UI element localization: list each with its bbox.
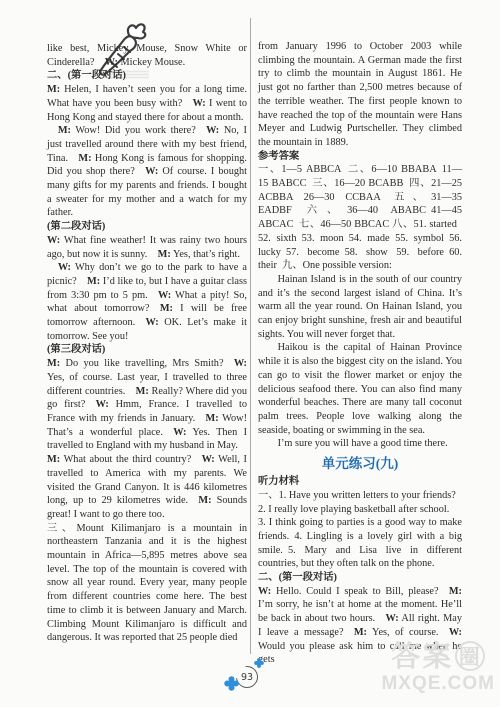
paragraph: from January 1996 to October 2003 while … xyxy=(258,40,462,150)
speaker-label: M: xyxy=(449,586,462,597)
puzzle-piece-icon xyxy=(254,658,264,668)
text-run: Hainan Island is in the south of our cou… xyxy=(258,274,462,340)
speaker-label: M: xyxy=(47,84,60,95)
text-run: 一、1. Have you written letters to your fr… xyxy=(258,490,456,501)
speaker-label: M: xyxy=(58,125,71,136)
speaker-label: M: xyxy=(47,358,60,369)
speaker-label: M: xyxy=(198,495,211,506)
paragraph: I’m sure you will have a good time there… xyxy=(258,437,462,451)
watermark-circled-char: 圈 xyxy=(455,641,485,671)
page-number-badge: 93 xyxy=(227,661,271,697)
paragraph: 一、1. Have you written letters to your fr… xyxy=(258,489,462,503)
section-heading: 二、(第一段对话) xyxy=(47,69,247,83)
speaker-label: W: xyxy=(47,235,60,246)
speaker-label: M: xyxy=(158,249,171,260)
speaker-label: W: xyxy=(386,613,399,624)
paragraph: 2. I really love playing basketball afte… xyxy=(258,503,462,517)
text-run: Wow! Did you work there? xyxy=(71,125,206,136)
speaker-label: W: xyxy=(146,317,159,328)
speaker-label: W: xyxy=(145,166,158,177)
paragraph: M: Helen, I haven’t seen you for a long … xyxy=(47,83,247,124)
section-heading: (第三段对话) xyxy=(47,343,247,357)
text-run: 一、1—5 ABBCA 二、6—10 BBABA 11—15 BABCC 三、1… xyxy=(258,164,462,271)
puzzle-piece-icon xyxy=(224,676,239,691)
speaker-label: W: xyxy=(193,98,206,109)
paragraph: W: Why don’t we go to the park to have a… xyxy=(47,261,247,343)
watermark-logo: 答案圈 xyxy=(381,641,495,673)
unit-title: 单元练习(九) xyxy=(258,453,462,474)
text-run: from January 1996 to October 2003 while … xyxy=(258,41,462,148)
speaker-label: W: xyxy=(173,427,186,438)
section-heading: 二、(第一段对话) xyxy=(258,571,462,585)
text-run: Haikou is the capital of Hainan Province… xyxy=(258,342,462,435)
speaker-label: W: xyxy=(58,262,71,273)
speaker-label: W: xyxy=(449,627,462,638)
speaker-label: M: xyxy=(205,413,218,424)
paragraph: W: What fine weather! It was rainy two h… xyxy=(47,234,247,261)
watermark-site-url: MXQE.COM xyxy=(381,673,495,694)
speaker-label: W: xyxy=(258,586,271,597)
speaker-label: W: xyxy=(202,454,215,465)
text-run: 3. I think going to parties is a good wa… xyxy=(258,517,462,569)
paragraph: Haikou is the capital of Hainan Province… xyxy=(258,341,462,437)
text-run: Yes, that’s right. xyxy=(171,249,240,260)
speaker-label: W: xyxy=(234,358,247,369)
scanned-answer-book-page: like best, Mickey Mouse, Snow White or C… xyxy=(0,0,500,707)
text-run: Do you like travelling, Mrs Smith? xyxy=(60,358,234,369)
speaker-label: W: xyxy=(206,125,219,136)
text-run: What about the third country? xyxy=(60,454,201,465)
speaker-label: M: xyxy=(136,386,149,397)
speaker-label: M: xyxy=(354,627,367,638)
speaker-label: M: xyxy=(78,153,91,164)
page-number: 93 xyxy=(236,666,258,688)
paragraph: like best, Mickey Mouse, Snow White or C… xyxy=(47,42,247,69)
paragraph: M: Do you like travelling, Mrs Smith? W:… xyxy=(47,357,247,453)
paragraph: M: Wow! Did you work there? W: No, I jus… xyxy=(47,124,247,220)
text-run: 2. I really love playing basketball afte… xyxy=(258,504,449,515)
text-run: Hello. Could I speak to Bill, please? xyxy=(271,586,449,597)
text-run: Mickey Mouse. xyxy=(118,57,185,68)
paragraph: Hainan Island is in the south of our cou… xyxy=(258,273,462,342)
speaker-label: M: xyxy=(160,303,173,314)
left-text-column: like best, Mickey Mouse, Snow White or C… xyxy=(47,42,247,645)
text-run: 三、Mount Kilimanjaro is a mountain in nor… xyxy=(47,523,247,644)
section-heading: 参考答案 xyxy=(258,150,462,164)
section-heading: (第二段对话) xyxy=(47,220,247,234)
paragraph: 三、Mount Kilimanjaro is a mountain in nor… xyxy=(47,522,247,645)
paragraph: 3. I think going to parties is a good wa… xyxy=(258,516,462,571)
column-divider xyxy=(250,18,251,654)
speaker-label: W: xyxy=(96,399,109,410)
speaker-label: W: xyxy=(105,57,118,68)
speaker-label: W: xyxy=(158,290,171,301)
section-heading: 听力材料 xyxy=(258,475,462,489)
speaker-label: M: xyxy=(47,454,60,465)
paragraph: 一、1—5 ABBCA 二、6—10 BBABA 11—15 BABCC 三、1… xyxy=(258,163,462,273)
right-text-column: from January 1996 to October 2003 while … xyxy=(258,40,462,667)
paragraph: M: What about the third country? W: Well… xyxy=(47,453,247,522)
watermark-logo-text: 答案 xyxy=(391,641,453,673)
speaker-label: M: xyxy=(87,276,100,287)
site-watermark: 答案圈 MXQE.COM xyxy=(381,641,495,694)
text-run: Yes, of course. xyxy=(367,627,449,638)
text-run: I’m sure you will have a good time there… xyxy=(278,438,448,449)
